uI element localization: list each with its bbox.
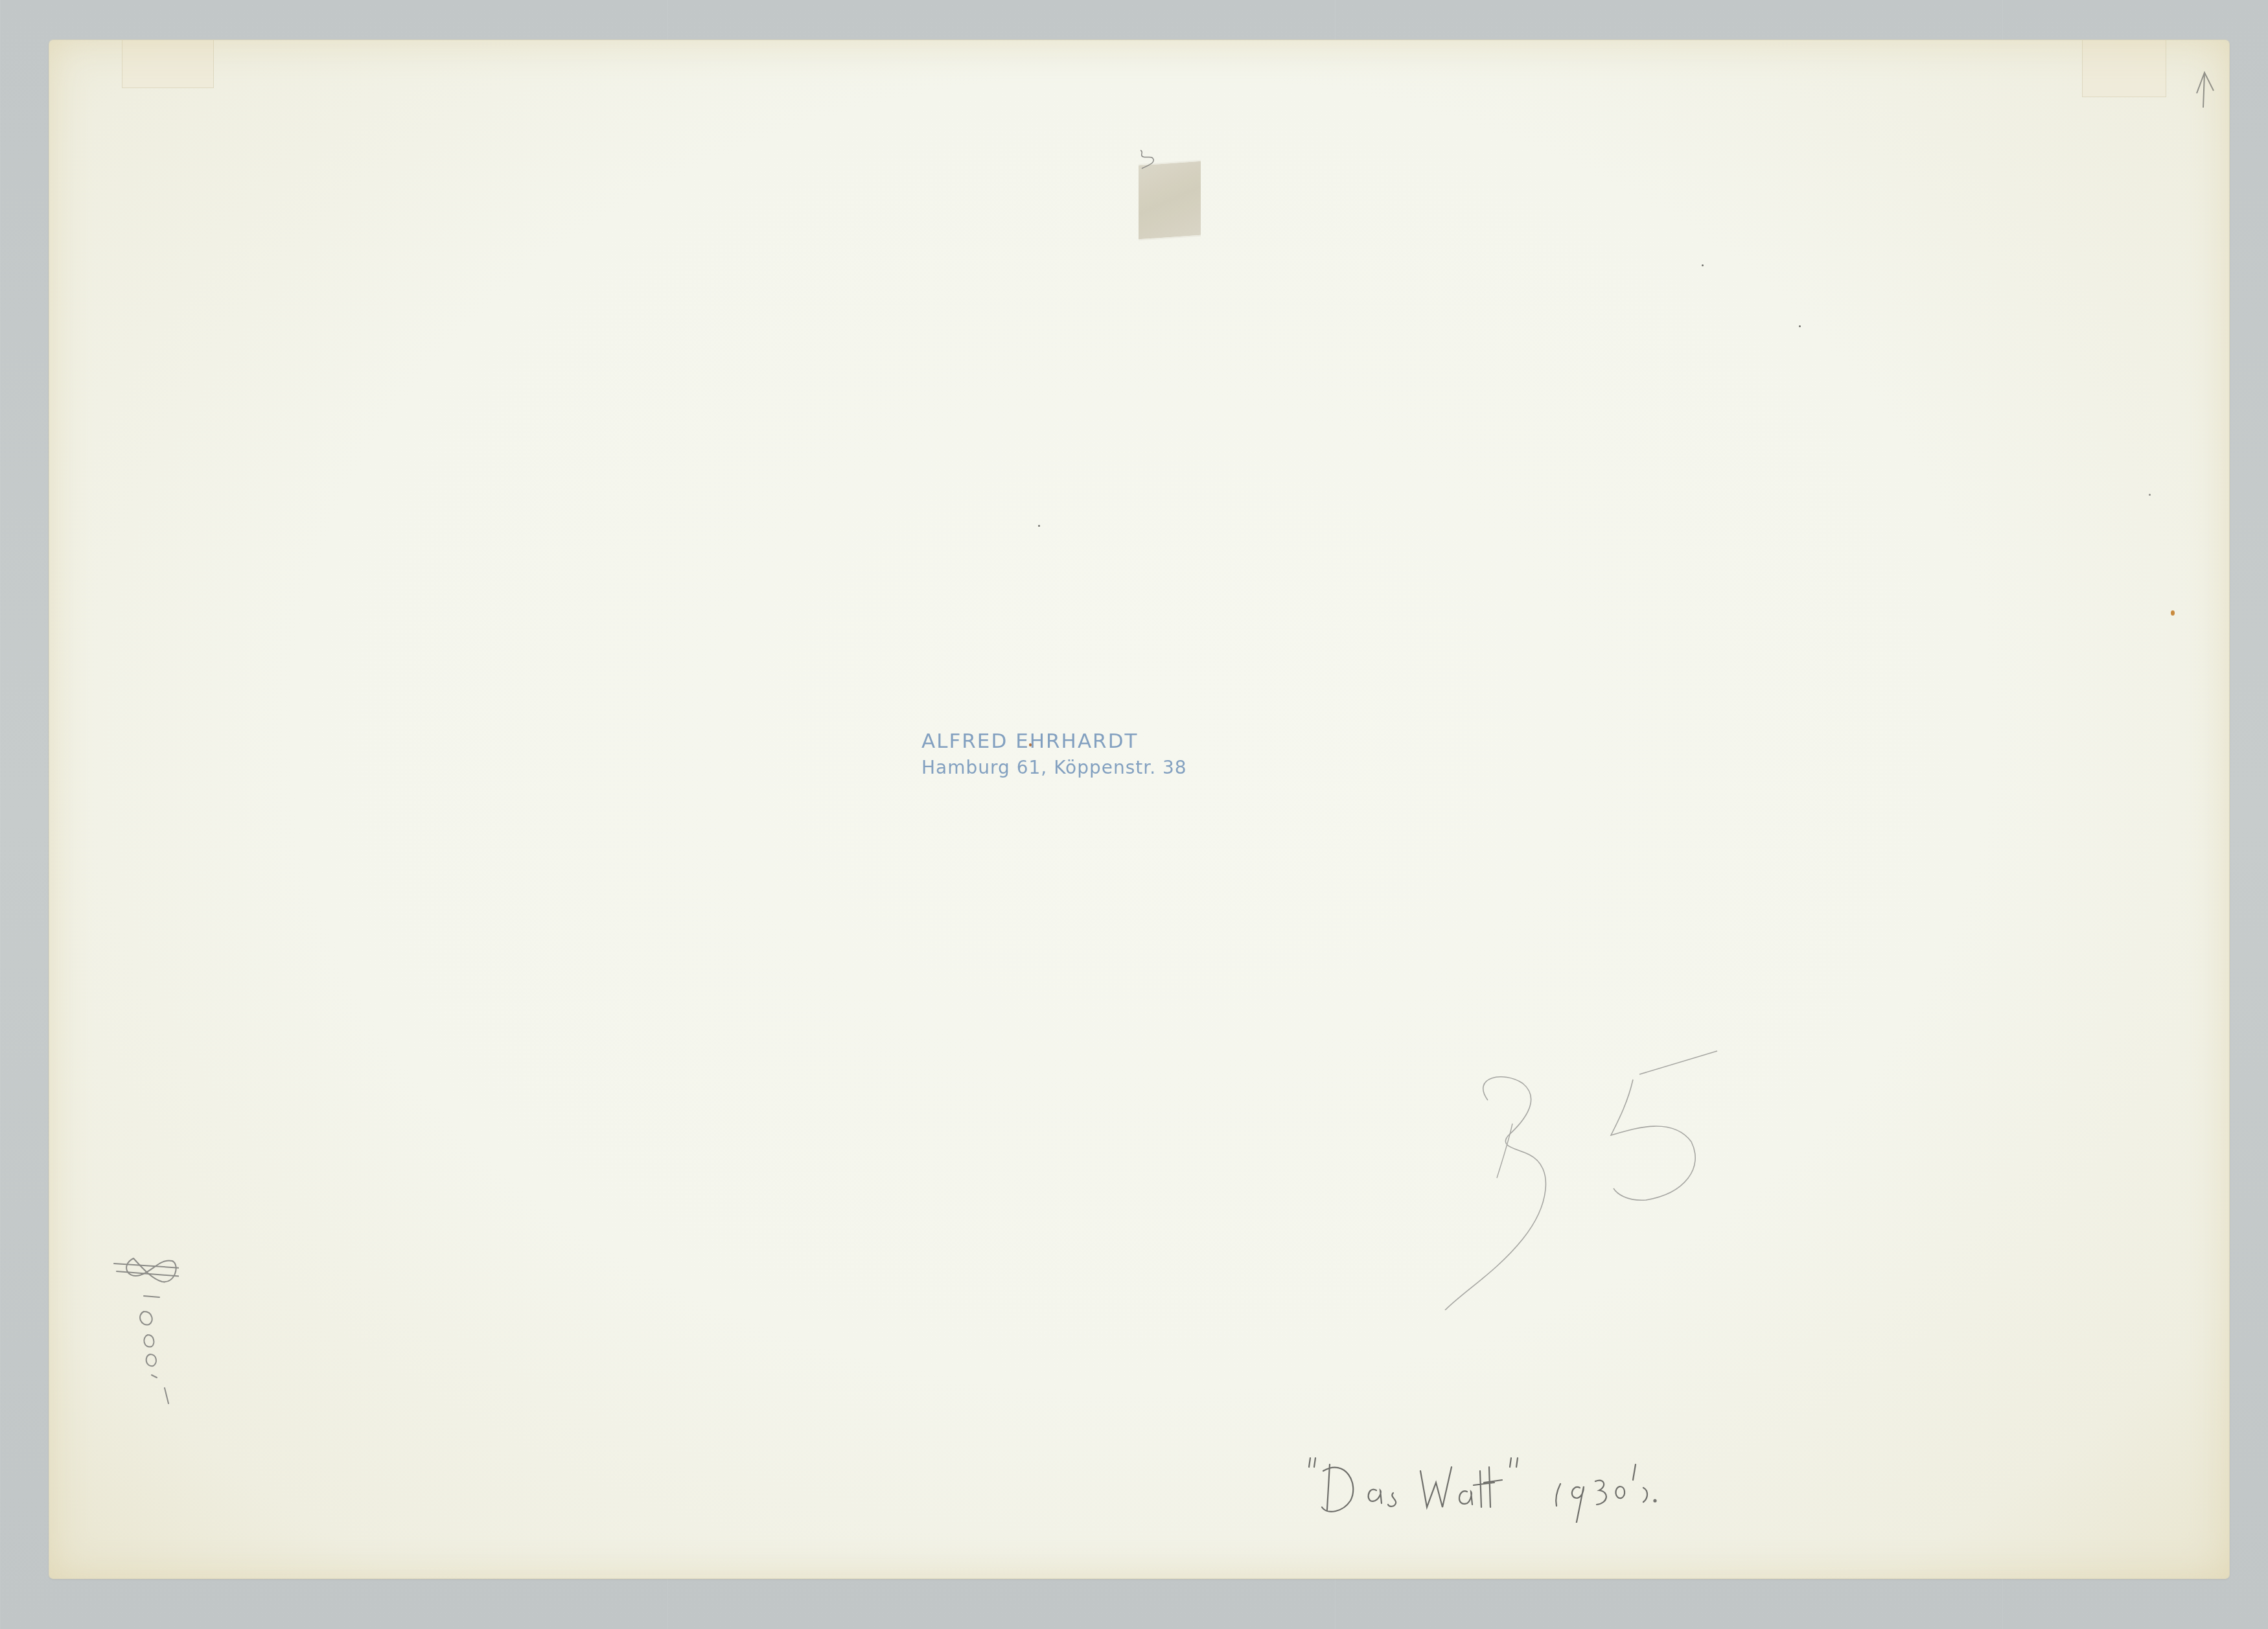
pencil-squiggle-mark [1138, 149, 1164, 175]
pencil-number-35 [1426, 1038, 1763, 1310]
title-note: "Das Watt" 1930's. [1300, 1445, 1831, 1523]
title-note-handwriting [1300, 1445, 1831, 1523]
stamp-name: ALFRED EHRHARDT [921, 730, 1187, 753]
speck [1799, 325, 1801, 327]
speck [1038, 525, 1040, 527]
foxing-spot [2171, 610, 2175, 616]
price-note-handwriting [108, 1239, 179, 1407]
stamp-address: Hamburg 61, Köppenstr. 38 [921, 757, 1187, 778]
foxing-spot [1029, 743, 1032, 746]
speck [1702, 264, 1704, 266]
price-note: $1000,- [108, 1239, 179, 1407]
tape-top-right [2082, 40, 2166, 97]
photographer-stamp: ALFRED EHRHARDT Hamburg 61, Köppenstr. 3… [921, 730, 1187, 778]
corner-arrow-mark [2188, 65, 2220, 110]
photo-print-verso: ALFRED EHRHARDT Hamburg 61, Köppenstr. 3… [49, 40, 2229, 1578]
tape-top-left [122, 40, 214, 88]
speck [2149, 494, 2151, 496]
